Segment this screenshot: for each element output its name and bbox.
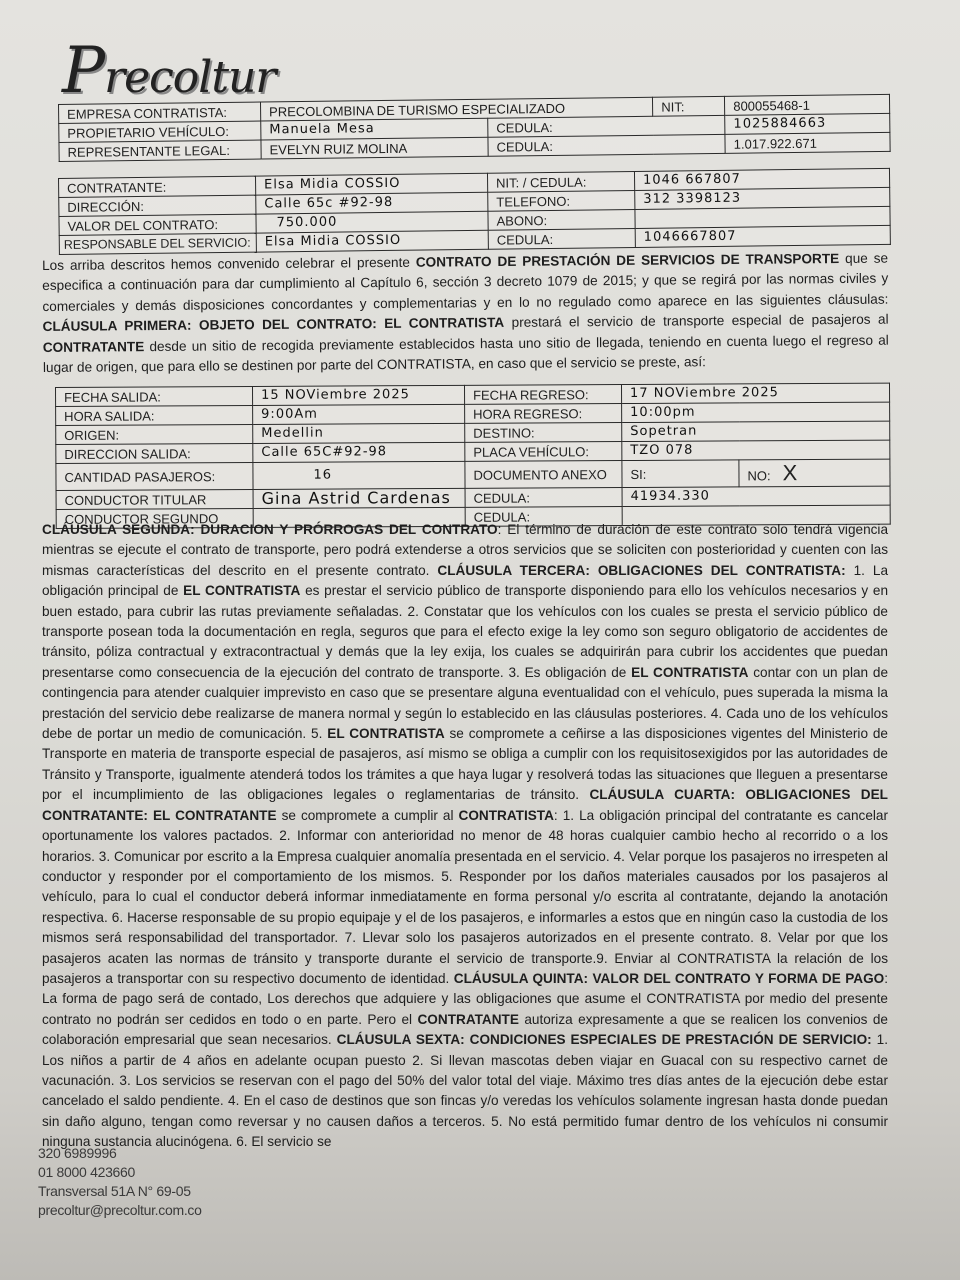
- hora-regreso-field[interactable]: 10:00pm: [622, 402, 890, 422]
- clause-fifth-heading: CLÁUSULA QUINTA: VALOR DEL CONTRATO Y FO…: [454, 971, 884, 986]
- origen-label: ORIGEN:: [56, 424, 253, 444]
- clause-bold: EL CONTRATISTA: [183, 583, 300, 598]
- representante-value: EVELYN RUIZ MOLINA: [261, 137, 488, 159]
- intro-text: Los arriba descritos hemos convenido cel…: [42, 255, 416, 273]
- responsable-field[interactable]: Elsa Midia COSSIO: [256, 230, 488, 252]
- documento-anexo-no[interactable]: NO:X: [739, 459, 890, 487]
- footer-address: Transversal 51A N° 69-05: [38, 1182, 202, 1201]
- logo-initial: P: [62, 34, 104, 108]
- logo-text: recoltur: [104, 52, 275, 103]
- clause-text: : 1. La obligación principal del contrat…: [42, 808, 888, 986]
- clause-bold: CONTRATISTA: [459, 808, 554, 823]
- clause-sixth-heading: CLÁUSULA SEXTA: CONDICIONES ESPECIALES D…: [337, 1032, 872, 1047]
- conductor-titular-cedula-field[interactable]: 41934.330: [622, 486, 890, 506]
- telefono-label: TELEFONO:: [488, 190, 635, 211]
- origen-field[interactable]: Medellin: [253, 423, 465, 443]
- contratante-label: CONTRATANTE:: [59, 176, 256, 197]
- footer-phone: 320 6989996: [38, 1144, 202, 1163]
- conductor-titular-field[interactable]: Gina Astrid Cardenas: [253, 488, 465, 508]
- si-label: SI:: [630, 466, 646, 481]
- abono-label: ABONO:: [488, 209, 635, 230]
- direccion-salida-label: DIRECCION SALIDA:: [56, 443, 253, 463]
- nit-label: NIT:: [653, 96, 725, 116]
- destino-label: DESTINO:: [465, 423, 622, 443]
- hora-salida-label: HORA SALIDA:: [56, 405, 253, 425]
- hora-regreso-label: HORA REGRESO:: [465, 404, 622, 424]
- footer-email[interactable]: precoltur@precoltur.com.co: [38, 1201, 202, 1220]
- company-info-table: EMPRESA CONTRATISTA: PRECOLOMBINA DE TUR…: [58, 94, 891, 162]
- representante-label: REPRESENTANTE LEGAL:: [59, 140, 261, 161]
- intro-heading: CONTRATO DE PRESTACIÓN DE SERVICIOS DE T…: [416, 251, 840, 270]
- clause-text: 1. Los niños a partir de 4 años en adela…: [42, 1032, 888, 1149]
- fecha-regreso-field[interactable]: 17 NOViembre 2025: [621, 383, 889, 403]
- nit-cedula-label: NIT: / CEDULA:: [487, 171, 634, 192]
- company-contact-footer: 320 6989996 01 8000 423660 Transversal 5…: [38, 1144, 202, 1220]
- intro-text: prestará el servicio de transporte espec…: [504, 312, 889, 330]
- nit-value: 800055468-1: [725, 94, 890, 115]
- representante-cedula-label: CEDULA:: [488, 134, 725, 156]
- hora-salida-field[interactable]: 9:00Am: [253, 404, 465, 424]
- clause-third-heading: CLÁUSULA TERCERA: OBLIGACIONES DEL CONTR…: [437, 563, 845, 578]
- responsable-cedula-field[interactable]: 1046667807: [635, 225, 890, 247]
- propietario-cedula-field[interactable]: 1025884663: [725, 113, 890, 134]
- pasajeros-field[interactable]: 16: [253, 461, 465, 489]
- responsable-cedula-label: CEDULA:: [488, 228, 635, 249]
- pasajeros-label: CANTIDAD PASAJEROS:: [56, 462, 253, 490]
- representante-cedula-value: 1.017.922.671: [725, 132, 890, 153]
- contract-intro-paragraph: Los arriba descritos hemos convenido cel…: [42, 249, 889, 379]
- direccion-salida-field[interactable]: Calle 65C#92-98: [253, 442, 465, 462]
- fecha-salida-label: FECHA SALIDA:: [56, 386, 253, 406]
- clause-second-heading: CLÁUSULA SEGUNDA: DURACION Y PRÓRROGAS D…: [42, 522, 498, 537]
- intro-bold: CONTRATANTE: [43, 339, 145, 355]
- conductor-titular-label: CONDUCTOR TITULAR: [56, 489, 253, 509]
- conductor-titular-cedula-label: CEDULA:: [465, 488, 622, 508]
- placa-field[interactable]: TZO 078: [622, 440, 890, 460]
- documento-anexo-label: DOCUMENTO ANEXO: [465, 461, 622, 489]
- documento-anexo-si[interactable]: SI:: [622, 460, 739, 488]
- direccion-label: DIRECCIÓN:: [59, 195, 256, 216]
- no-checkmark: X: [771, 460, 798, 485]
- company-logo: Precoltur: [62, 34, 275, 108]
- responsable-label: RESPONSABLE DEL SERVICIO:: [59, 233, 256, 254]
- fecha-regreso-label: FECHA REGRESO:: [464, 385, 621, 405]
- destino-field[interactable]: Sopetran: [622, 421, 890, 441]
- clause-bold: EL CONTRATISTA: [327, 726, 444, 741]
- clause-first-heading: CLÁUSULA PRIMERA: OBJETO DEL CONTRATO: E…: [43, 315, 505, 334]
- intro-text: desde un sitio de recogida previamente e…: [43, 332, 889, 375]
- footer-toll-free: 01 8000 423660: [38, 1163, 202, 1182]
- clause-bold: EL CONTRATISTA: [631, 665, 748, 680]
- client-info-table: CONTRATANTE: Elsa Midia COSSIO NIT: / CE…: [58, 168, 891, 255]
- propietario-label: PROPIETARIO VEHÍCULO:: [59, 121, 261, 142]
- empresa-label: EMPRESA CONTRATISTA:: [59, 102, 261, 123]
- clause-bold: CONTRATANTE: [417, 1012, 518, 1027]
- contract-clauses-paragraph: CLÁUSULA SEGUNDA: DURACION Y PRÓRROGAS D…: [42, 520, 888, 1153]
- fecha-salida-field[interactable]: 15 NOViembre 2025: [252, 385, 464, 405]
- trip-details-table: FECHA SALIDA: 15 NOViembre 2025 FECHA RE…: [55, 383, 891, 529]
- valor-label: VALOR DEL CONTRATO:: [59, 214, 256, 235]
- placa-label: PLACA VEHÍCULO:: [465, 442, 622, 462]
- no-label: NO:: [747, 468, 770, 483]
- clause-text: se compromete a cumplir al: [277, 808, 459, 823]
